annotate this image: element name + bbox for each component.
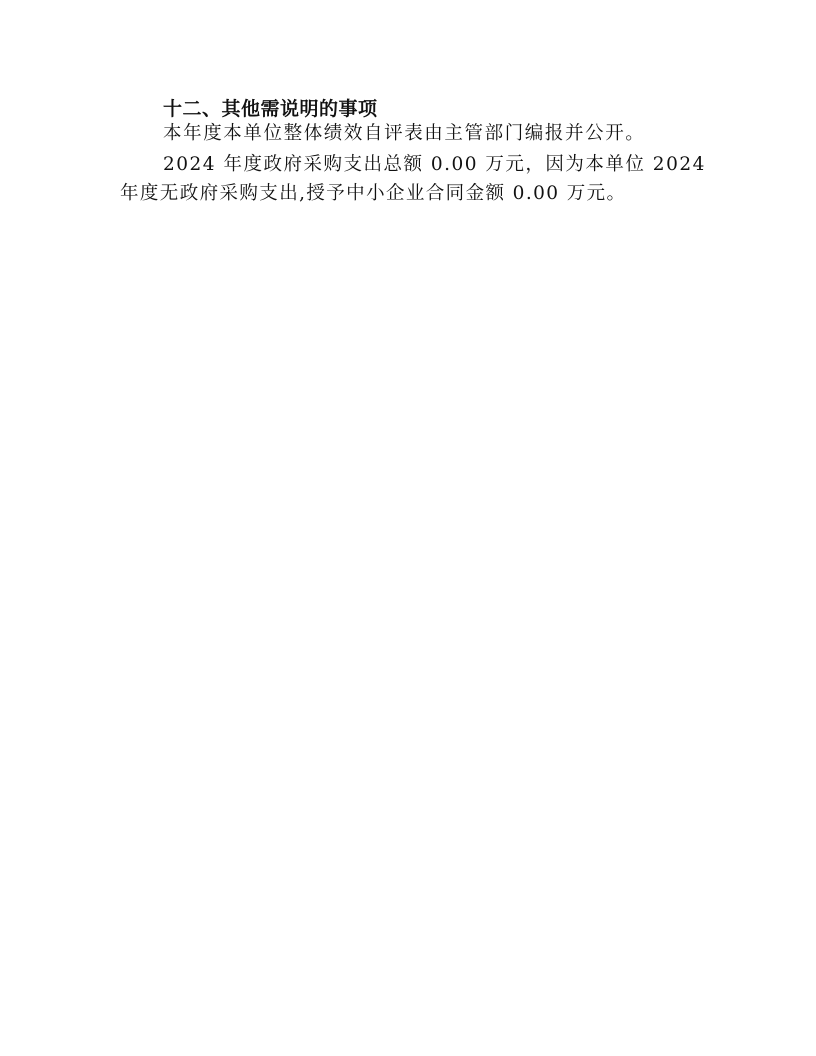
paragraph-performance-self-evaluation: 本年度本单位整体绩效自评表由主管部门编报并公开。: [163, 122, 645, 146]
document-page: 十二、其他需说明的事项 本年度本单位整体绩效自评表由主管部门编报并公开。 202…: [0, 0, 816, 1056]
paragraph-procurement-line-2: 年度无政府采购支出,授予中小企业合同金额 0.00 万元。: [120, 182, 626, 206]
paragraph-procurement-line-1: 2024 年度政府采购支出总额 0.00 万元，因为本单位 2024: [163, 153, 706, 177]
section-heading: 十二、其他需说明的事项: [163, 97, 378, 121]
